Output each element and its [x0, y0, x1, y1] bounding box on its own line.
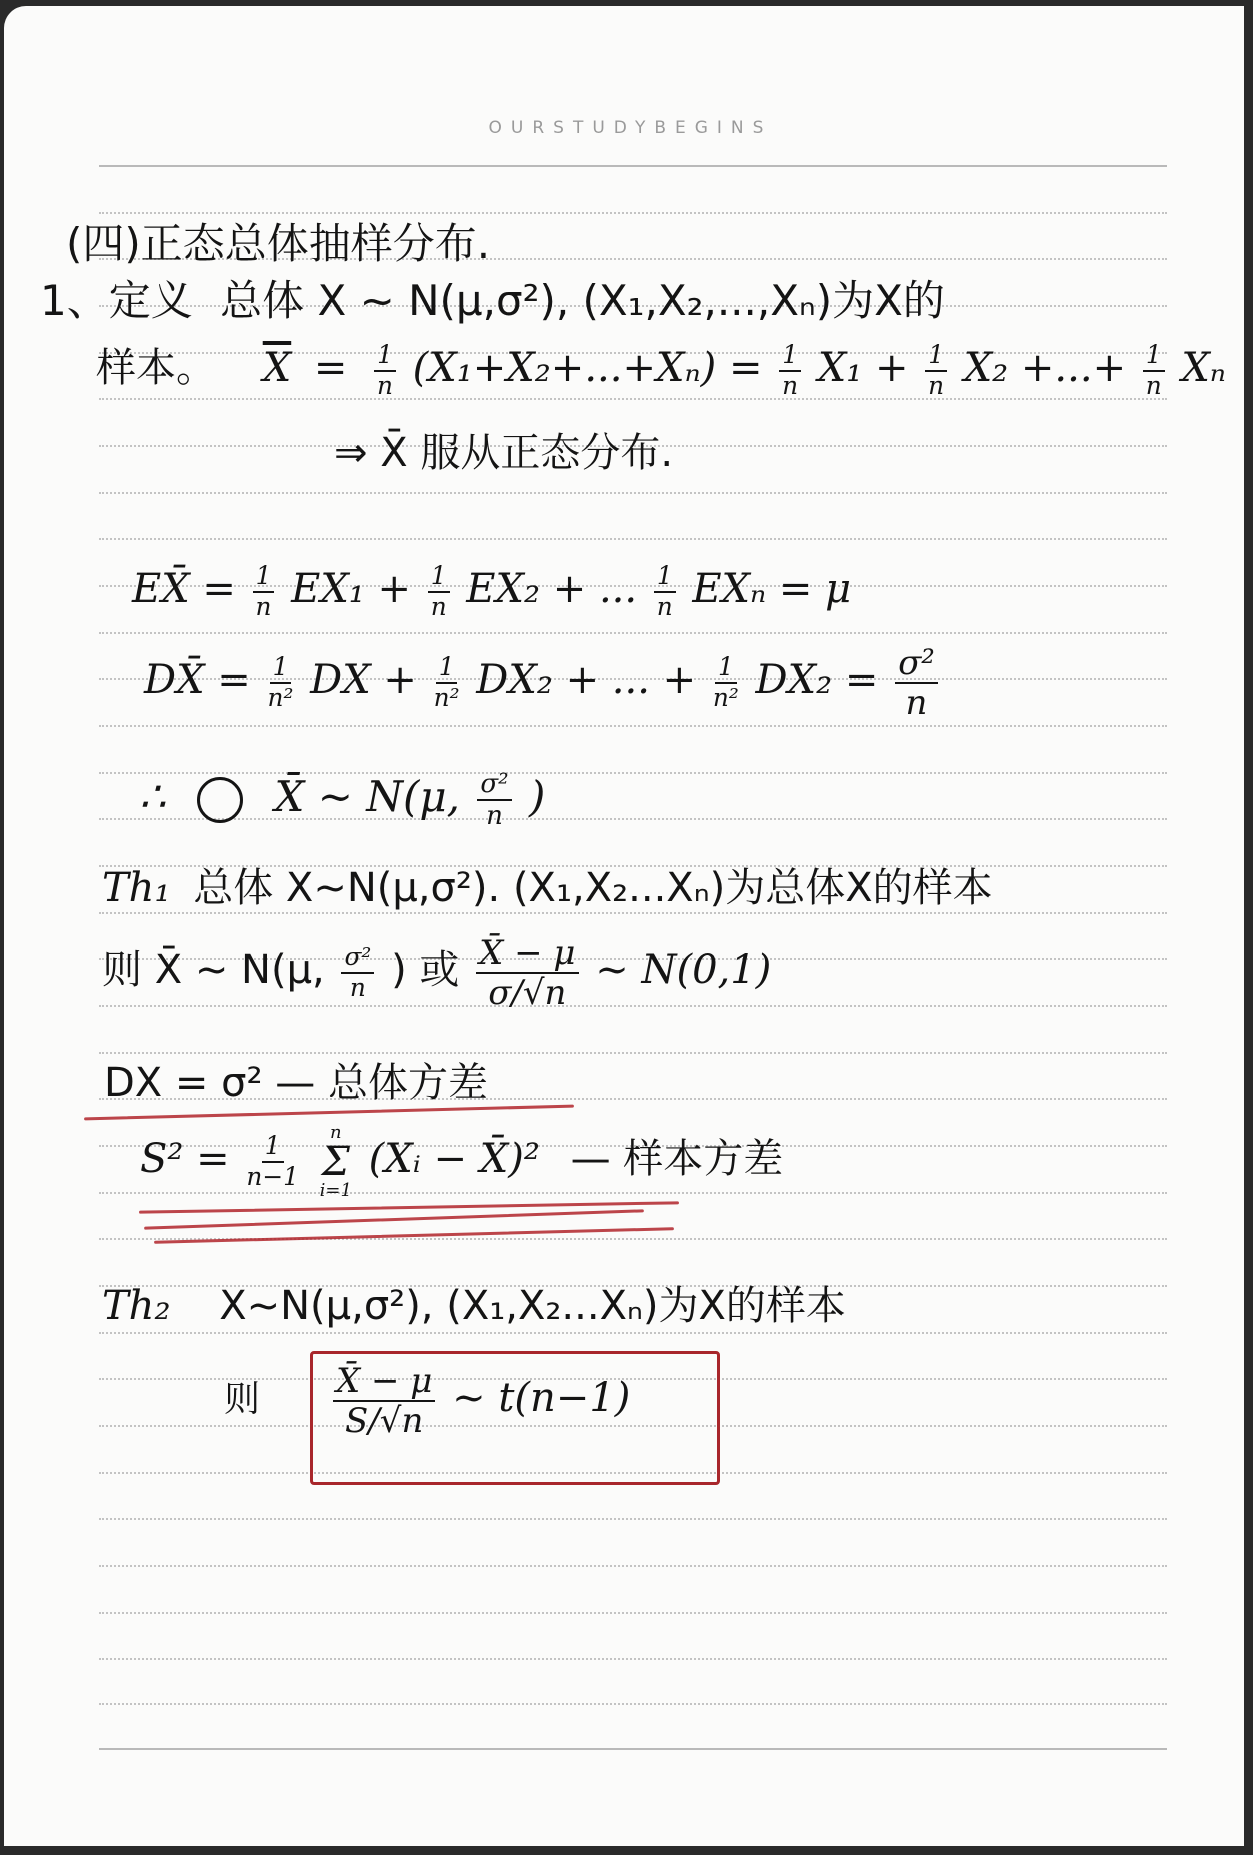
therefore-symbol: ∴	[139, 772, 166, 821]
term-x2: X₂ +...+	[964, 345, 1126, 391]
population-variance: DX = σ² — 总体方差	[104, 1051, 488, 1108]
theorem-1-label: Th₁	[102, 865, 170, 911]
theorem-1-conclusion: 则 X̄ ~ N(μ,	[102, 947, 325, 993]
rule-line	[99, 1612, 1167, 1614]
therefore-line: ∴ X̄ ~ N(μ, σ²n )	[139, 771, 545, 829]
theorem-2-premise: X~N(μ,σ²), (X₁,X₂...Xₙ)为X的样本	[219, 1283, 846, 1329]
term-dxn: DX₂ =	[756, 657, 879, 703]
theorem-2-label: Th₂	[102, 1283, 170, 1329]
expectation-lhs: EX̄ =	[132, 566, 236, 612]
fraction-sigma2-over-n: σ²n	[477, 771, 511, 829]
close-paren: )	[529, 772, 545, 821]
red-underline	[144, 1209, 644, 1229]
then-word: 则	[224, 1371, 260, 1422]
top-rule	[99, 165, 1167, 167]
section-title: (四)正态总体抽样分布.	[66, 211, 490, 271]
fraction-sigma2-over-n: σ²n	[895, 646, 938, 720]
standard-normal: ~ N(0,1)	[595, 947, 771, 993]
theorem-2-line-1: Th₂ X~N(μ,σ²), (X₁,X₂...Xₙ)为X的样本	[102, 1274, 846, 1331]
theorem-1-premise: 总体 X~N(μ,σ²). (X₁,X₂...Xₙ)为总体X的样本	[193, 865, 992, 911]
fraction-1-over-n-minus-1: 1n−1	[246, 1134, 299, 1190]
notebook-brand-header: OURSTUDYBEGINS	[4, 118, 1253, 138]
fraction-1-over-n: 1n	[374, 343, 396, 399]
term-xn: Xₙ	[1181, 345, 1226, 391]
squared-deviation: (Xᵢ − X̄)²	[369, 1136, 540, 1182]
rule-line	[99, 1703, 1167, 1705]
bottom-rule	[99, 1748, 1167, 1750]
expectation-formula: EX̄ = 1n EX₁ + 1n EX₂ + ... 1n EXₙ = μ	[132, 564, 851, 620]
sample-word: 样本。	[96, 345, 216, 391]
notebook-page: OURSTUDYBEGINS	[4, 6, 1244, 1846]
definition-line-1: 1、定义 总体 X ~ N(μ,σ²), (X₁,X₂,...,Xₙ)为X的	[40, 268, 945, 328]
theorem-1-line-2: 则 X̄ ~ N(μ, σ²n ) 或 X̄ − μσ/√n ~ N(0,1)	[102, 936, 771, 1010]
rule-line	[99, 492, 1167, 494]
fraction-1-over-n: 1n	[654, 564, 676, 620]
scribble-mark	[197, 777, 243, 823]
summation: n Σ i=1	[320, 1124, 352, 1200]
equals: =	[314, 345, 348, 391]
term-dx: DX +	[310, 657, 417, 703]
sample-mean-formula: 样本。 X = 1n (X₁+X₂+...+Xₙ) = 1n X₁ + 1n X…	[96, 336, 1226, 399]
term-exn: EXₙ = μ	[692, 566, 851, 612]
fraction-1-over-n: 1n	[925, 343, 947, 399]
variance-formula: DX̄ = 1n² DX + 1n² DX₂ + ... + 1n² DX₂ =…	[144, 646, 942, 720]
definition-text: 总体 X ~ N(μ,σ²), (X₁,X₂,...,Xₙ)为X的	[220, 276, 945, 325]
fraction-1-over-n: 1n	[1143, 343, 1165, 399]
xbar-distribution: X̄ ~ N(μ,	[274, 772, 460, 821]
rule-line	[99, 538, 1167, 540]
or-word: ) 或	[391, 947, 459, 993]
red-underline	[154, 1227, 674, 1244]
term-x1: X₁ +	[818, 345, 909, 391]
fraction-1-over-n: 1n	[779, 343, 801, 399]
rule-line	[99, 1518, 1167, 1520]
rule-line	[99, 725, 1167, 727]
rule-line	[99, 632, 1167, 634]
rule-line	[99, 1565, 1167, 1567]
sample-variance-lhs: S² =	[140, 1136, 230, 1182]
x-bar: X	[263, 345, 291, 391]
term-dx2: DX₂ + ... +	[476, 657, 696, 703]
fraction-1-over-n2: 1n²	[434, 655, 460, 711]
sum-terms: (X₁+X₂+...+Xₙ) =	[413, 345, 763, 391]
variance-lhs: DX̄ =	[144, 657, 251, 703]
sample-variance-label: — 样本方差	[571, 1136, 784, 1182]
normal-conclusion: ⇒ X̄ 服从正态分布.	[334, 421, 673, 478]
term-ex1: EX₁ +	[291, 566, 411, 612]
fraction-sigma2-over-n: σ²n	[341, 945, 374, 1001]
rule-line	[99, 1658, 1167, 1660]
fraction-1-over-n: 1n	[428, 564, 450, 620]
t-distribution-formula: X̄ − μS/√n ~ t(n−1)	[329, 1364, 630, 1438]
definition-label: 1、定义	[40, 276, 193, 325]
t-distribution: ~ t(n−1)	[452, 1375, 630, 1421]
fraction-1-over-n2: 1n²	[713, 655, 739, 711]
theorem-1-line-1: Th₁ 总体 X~N(μ,σ²). (X₁,X₂...Xₙ)为总体X的样本	[102, 856, 993, 913]
fraction-1-over-n: 1n	[253, 564, 275, 620]
term-ex2: EX₂ + ...	[466, 566, 637, 612]
t-statistic-fraction: X̄ − μS/√n	[333, 1364, 435, 1438]
sample-variance-formula: S² = 1n−1 n Σ i=1 (Xᵢ − X̄)² — 样本方差	[140, 1124, 783, 1200]
standardized-fraction: X̄ − μσ/√n	[476, 936, 578, 1010]
fraction-1-over-n2: 1n²	[268, 655, 294, 711]
rule-line	[99, 1332, 1167, 1334]
